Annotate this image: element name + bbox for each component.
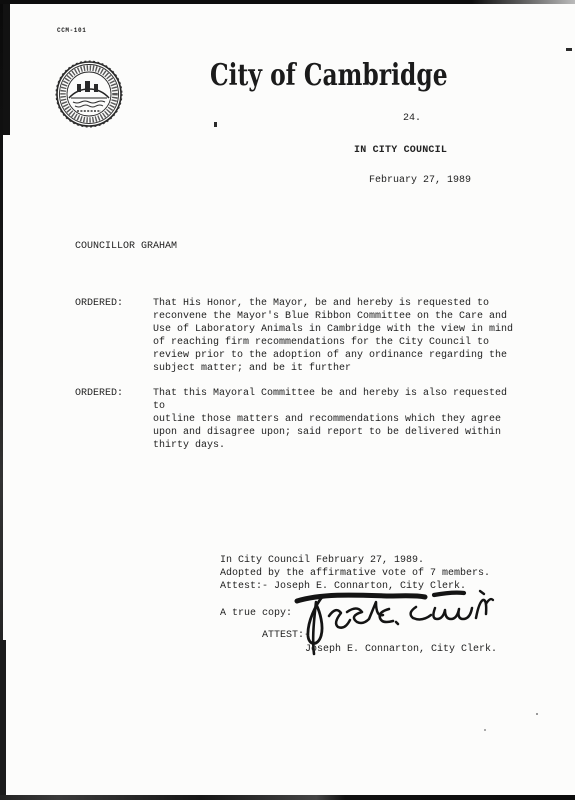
scan-edge-left-bottom	[0, 640, 6, 800]
scan-edge-top	[0, 0, 575, 4]
order-item: ORDERED: That His Honor, the Mayor, be a…	[75, 297, 515, 375]
page-title: City of Cambridge	[210, 58, 448, 93]
scan-edge-bottom	[0, 795, 575, 800]
order-label: ORDERED:	[75, 387, 153, 452]
order-text: That His Honor, the Mayor, be and hereby…	[153, 297, 515, 375]
orders-section: ORDERED: That His Honor, the Mayor, be a…	[75, 297, 515, 464]
councillor-name: COUNCILLOR GRAHAM	[75, 240, 177, 253]
scan-speck	[484, 729, 486, 731]
true-copy-label: A true copy:	[220, 607, 292, 620]
scan-speck	[566, 48, 572, 51]
order-text: That this Mayoral Committee be and hereb…	[153, 387, 515, 452]
order-item: ORDERED: That this Mayoral Committee be …	[75, 387, 515, 452]
form-code: CCM-101	[57, 27, 86, 34]
order-label: ORDERED:	[75, 297, 153, 375]
council-heading: IN CITY COUNCIL	[354, 144, 447, 157]
city-of-cambridge-seal-icon	[55, 60, 123, 128]
scan-speck	[214, 122, 217, 127]
attest-label: ATTEST:-	[262, 629, 310, 642]
scanned-council-order-page: CCM-101 City of Cambridge 24. IN CITY CO…	[0, 0, 575, 800]
date-line: February 27, 1989	[369, 174, 471, 187]
page-number: 24.	[403, 112, 421, 125]
clerk-name-line: Joseph E. Connarton, City Clerk.	[305, 643, 497, 656]
scan-speck	[536, 713, 538, 715]
